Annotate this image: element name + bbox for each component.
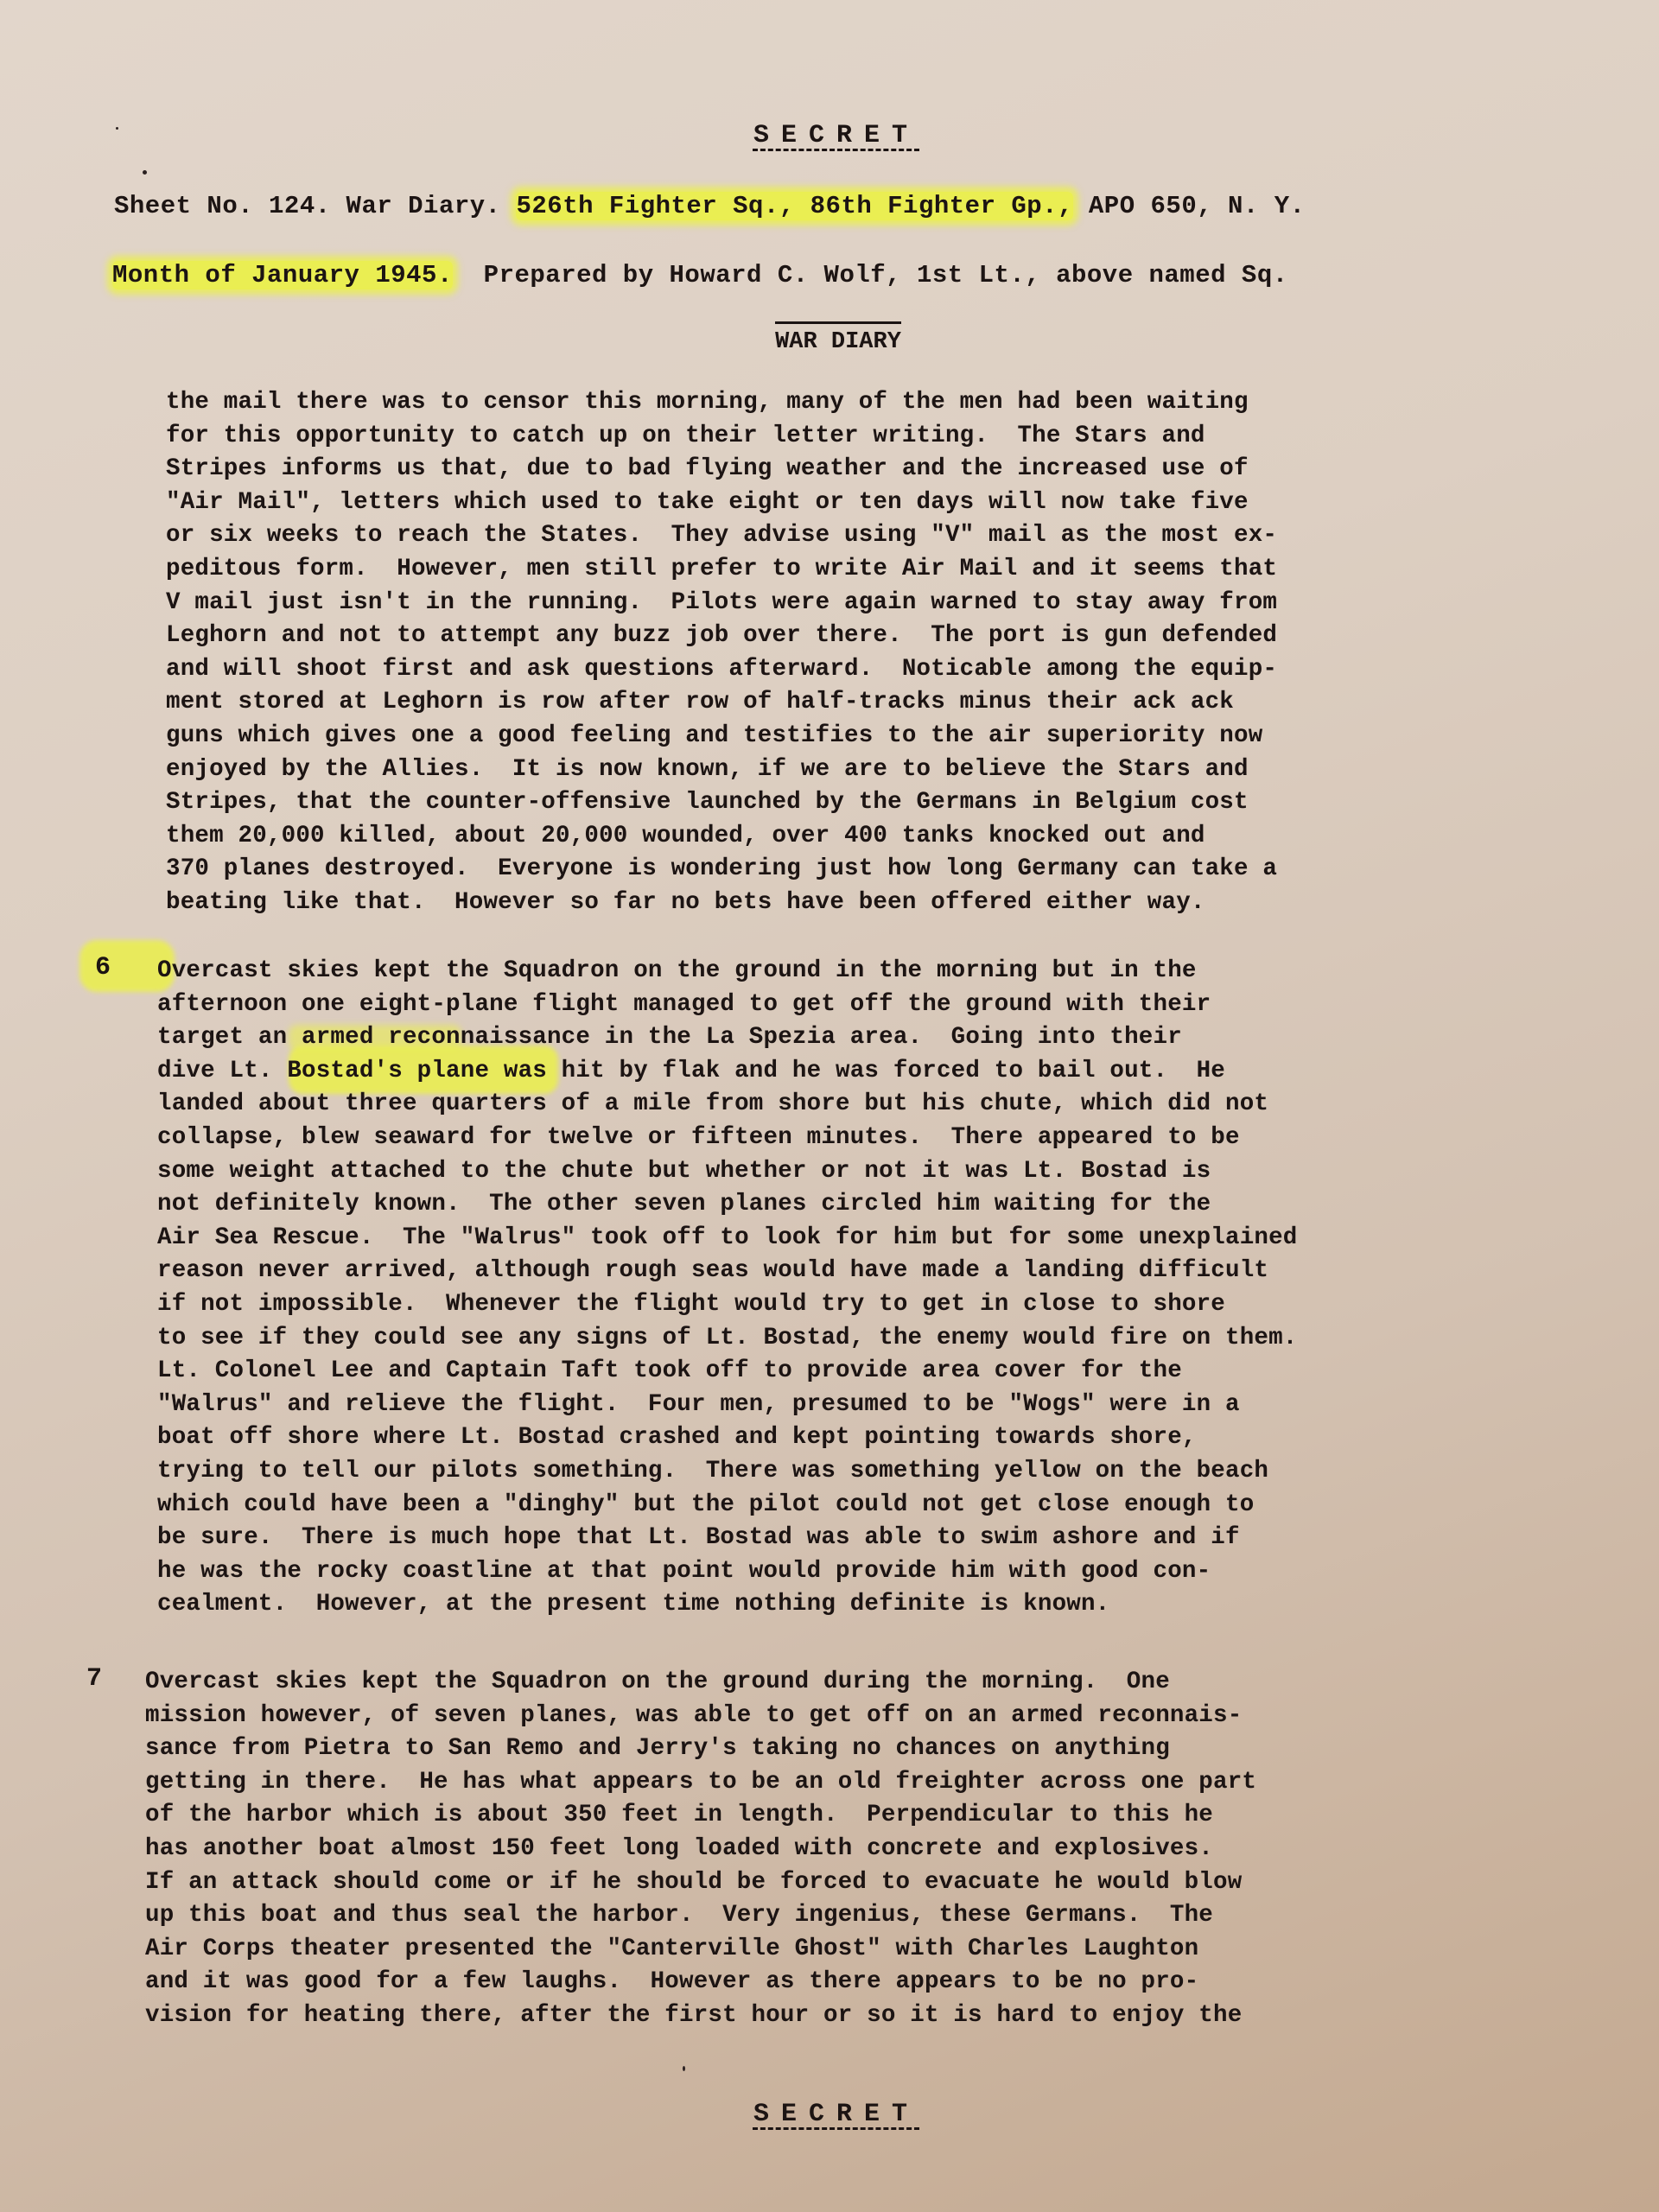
header-unit-highlight: 526th Fighter Sq., 86th Fighter Gp.,	[516, 192, 1073, 220]
header-sheet-prefix: Sheet No. 124. War Diary.	[114, 192, 516, 220]
text-line: reason never arrived, although rough sea…	[157, 1255, 1298, 1288]
text-line: target an armed reconnaissance in the La…	[157, 1021, 1298, 1055]
text-line: afternoon one eight-plane flight managed…	[157, 988, 1298, 1022]
entry-day-6: 6	[95, 953, 111, 982]
text-line: Lt. Colonel Lee and Captain Taft took of…	[157, 1355, 1298, 1389]
text-line: be sure. There is much hope that Lt. Bos…	[157, 1522, 1298, 1555]
header-sheet-line: Sheet No. 124. War Diary. 526th Fighter …	[114, 192, 1306, 220]
text-line: Stripes, that the counter-offensive laun…	[166, 786, 1277, 820]
text-line: the mail there was to censor this mornin…	[166, 386, 1277, 420]
continued-paragraph: the mail there was to censor this mornin…	[166, 386, 1277, 920]
text-line: for this opportunity to catch up on thei…	[166, 420, 1277, 454]
ink-speck	[683, 2066, 685, 2071]
text-line: vision for heating there, after the firs…	[145, 1999, 1256, 2033]
text-line: he was the rocky coastline at that point…	[157, 1555, 1298, 1589]
header-prepared-by: Prepared by Howard C. Wolf, 1st Lt., abo…	[453, 261, 1288, 289]
text-line: trying to tell our pilots something. The…	[157, 1455, 1298, 1489]
text-line: up this boat and thus seal the harbor. V…	[145, 1899, 1256, 1933]
entry-7-text: Overcast skies kept the Squadron on the …	[145, 1666, 1256, 2033]
text-line: Overcast skies kept the Squadron on the …	[145, 1666, 1256, 1700]
classification-bottom: SECRET	[0, 2100, 1659, 2129]
text-line: Air Sea Rescue. The "Walrus" took off to…	[157, 1222, 1298, 1255]
text-line: and will shoot first and ask questions a…	[166, 653, 1277, 687]
text-line: Overcast skies kept the Squadron on the …	[157, 955, 1298, 988]
ink-speck	[143, 170, 147, 175]
text-line: if not impossible. Whenever the flight w…	[157, 1288, 1298, 1322]
text-line: sance from Pietra to San Remo and Jerry'…	[145, 1732, 1256, 1766]
text-line: not definitely known. The other seven pl…	[157, 1188, 1298, 1222]
text-line: mission however, of seven planes, was ab…	[145, 1700, 1256, 1733]
text-line: peditous form. However, men still prefer…	[166, 553, 1277, 587]
text-line: guns which gives one a good feeling and …	[166, 720, 1277, 753]
text-line: ment stored at Leghorn is row after row …	[166, 686, 1277, 720]
text-line: landed about three quarters of a mile fr…	[157, 1088, 1298, 1122]
text-line: collapse, blew seaward for twelve or fif…	[157, 1122, 1298, 1155]
text-line: "Walrus" and relieve the flight. Four me…	[157, 1389, 1298, 1422]
text-line: beating like that. However so far no bet…	[166, 887, 1277, 920]
text-line: some weight attached to the chute but wh…	[157, 1155, 1298, 1189]
header-apo: APO 650, N. Y.	[1073, 192, 1306, 220]
text-line: cealment. However, at the present time n…	[157, 1588, 1298, 1622]
text-line: Stripes informs us that, due to bad flyi…	[166, 453, 1277, 486]
text-line: If an attack should come or if he should…	[145, 1866, 1256, 1900]
text-line: Leghorn and not to attempt any buzz job …	[166, 620, 1277, 653]
header-month-line: Month of January 1945. Prepared by Howar…	[112, 261, 1288, 289]
text-line: dive Lt. Bostad's plane was hit by flak …	[157, 1055, 1298, 1089]
section-title: WAR DIARY	[0, 321, 1659, 355]
text-line: and it was good for a few laughs. Howeve…	[145, 1966, 1256, 1999]
section-title-text: WAR DIARY	[775, 321, 901, 355]
text-line: of the harbor which is about 350 feet in…	[145, 1799, 1256, 1833]
text-line: V mail just isn't in the running. Pilots…	[166, 587, 1277, 620]
text-line: boat off shore where Lt. Bostad crashed …	[157, 1421, 1298, 1455]
text-line: them 20,000 killed, about 20,000 wounded…	[166, 820, 1277, 854]
classification-top: SECRET	[0, 121, 1659, 150]
text-line: has another boat almost 150 feet long lo…	[145, 1833, 1256, 1866]
text-line: 370 planes destroyed. Everyone is wonder…	[166, 853, 1277, 887]
entry-6-text: Overcast skies kept the Squadron on the …	[157, 955, 1298, 1622]
text-line: "Air Mail", letters which used to take e…	[166, 486, 1277, 520]
text-line: Air Corps theater presented the "Canterv…	[145, 1933, 1256, 1967]
war-diary-page: SECRET Sheet No. 124. War Diary. 526th F…	[0, 0, 1659, 2212]
text-line: to see if they could see any signs of Lt…	[157, 1322, 1298, 1356]
text-line: which could have been a "dinghy" but the…	[157, 1489, 1298, 1522]
text-line: enjoyed by the Allies. It is now known, …	[166, 753, 1277, 787]
header-month-highlight: Month of January 1945.	[112, 261, 453, 289]
entry-day-7: 7	[86, 1664, 102, 1694]
text-line: or six weeks to reach the States. They a…	[166, 519, 1277, 553]
text-line: getting in there. He has what appears to…	[145, 1766, 1256, 1800]
